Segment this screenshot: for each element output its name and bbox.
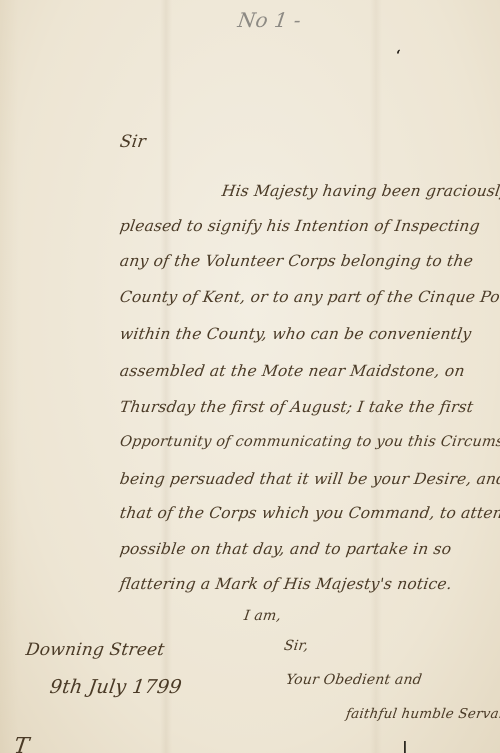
place-line: Downing Street (25, 640, 166, 660)
closing-servant: faithful humble Servant, (345, 706, 500, 722)
date-line: 9th July 1799 (48, 676, 183, 698)
body-line-7: Thursday the first of August; I take the… (119, 398, 475, 416)
closing-i-am: I am, (243, 608, 282, 624)
salutation: Sir (119, 132, 148, 152)
bottom-partial-text: T (12, 734, 30, 753)
bottom-ink-stroke: | (402, 738, 408, 753)
body-line-6: assembled at the Mote near Maidstone, on (119, 362, 466, 380)
body-line-1: His Majesty having been graciously (221, 182, 500, 200)
body-line-5: within the County, who can be convenient… (119, 325, 473, 343)
body-line-3: any of the Volunteer Corps belonging to … (119, 252, 475, 270)
closing-sir: Sir, (283, 638, 310, 654)
body-line-11: possible on that day, and to partake in … (119, 540, 453, 558)
body-line-8: Opportunity of communicating to you this… (119, 434, 500, 450)
ink-blot: ‘ (396, 48, 401, 64)
body-line-4: County of Kent, or to any part of the Ci… (119, 288, 500, 306)
body-line-10: that of the Corps which you Command, to … (119, 504, 500, 522)
body-line-9: being persuaded that it will be your Des… (119, 470, 500, 488)
closing-obedient: Your Obedient and (285, 672, 423, 688)
page-number-annotation: No 1 - (236, 8, 302, 32)
letter-page: No 1 - ‘ Sir His Majesty having been gra… (0, 0, 500, 753)
body-line-2: pleased to signify his Intention of Insp… (119, 217, 481, 235)
body-line-12: flattering a Mark of His Majesty's notic… (119, 575, 454, 593)
